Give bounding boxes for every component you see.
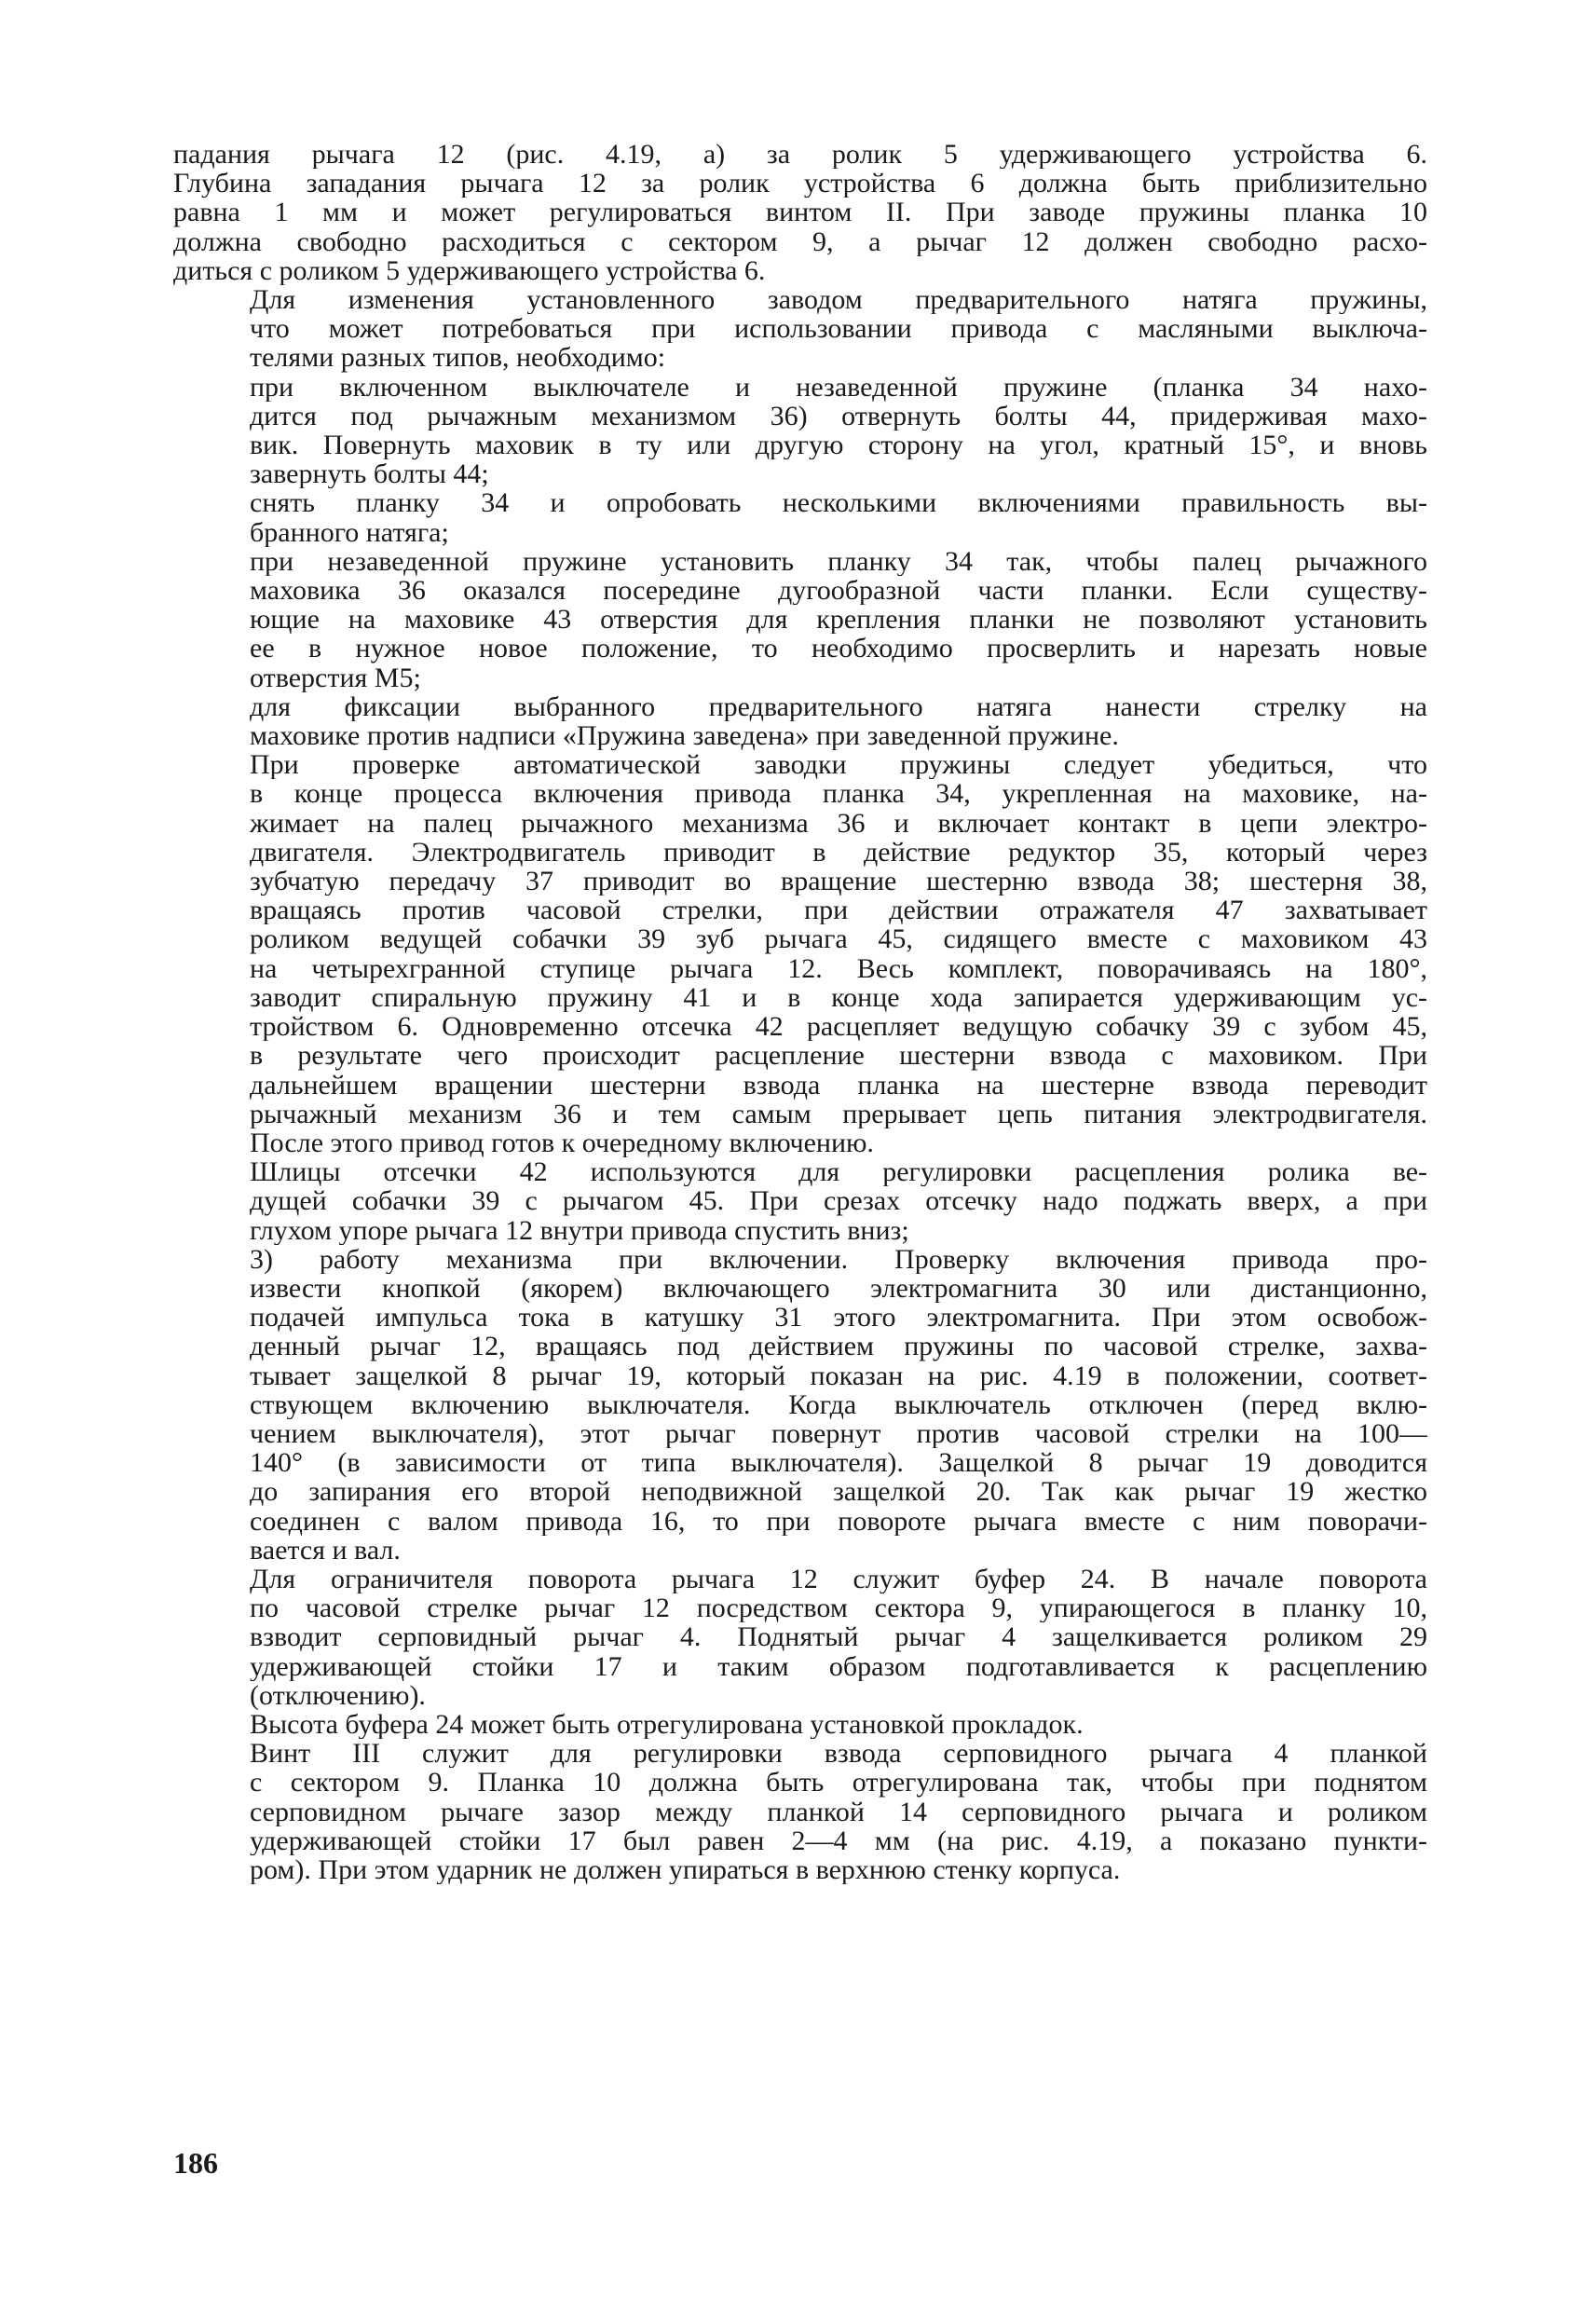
text-line: удерживающей стойки 17 был равен 2—4 мм … — [173, 1826, 1427, 1855]
text-line: до запирания его второй неподвижной заще… — [173, 1477, 1427, 1506]
paragraph: 3) работу механизма при включении. Прове… — [173, 1245, 1427, 1565]
page-number: 186 — [173, 2146, 218, 2181]
text-line: извести кнопкой (якорем) включающего эле… — [173, 1274, 1427, 1303]
text-line: роликом ведущей собачки 39 зуб рычага 45… — [173, 924, 1427, 953]
text-line: Для изменения установленного заводом пре… — [173, 285, 1427, 314]
text-line: денный рычаг 12, вращаясь под действием … — [173, 1332, 1427, 1361]
text-line: При проверке автоматической заводки пруж… — [173, 750, 1427, 779]
text-line: Винт III служит для регулировки взвода с… — [173, 1739, 1427, 1768]
text-line: тройством 6. Одновременно отсечка 42 рас… — [173, 1012, 1427, 1041]
paragraph: при включенном выключателе и незаведенно… — [173, 373, 1427, 489]
text-line: для фиксации выбранного предварительного… — [173, 692, 1427, 721]
text-line: ющие на маховике 43 отверстия для крепле… — [173, 605, 1427, 634]
text-line: тывает защелкой 8 рычаг 19, который пока… — [173, 1361, 1427, 1390]
text-line: удерживающей стойки 17 и таким образом п… — [173, 1652, 1427, 1681]
text-line: должна свободно расходиться с сектором 9… — [173, 227, 1427, 256]
paragraph: Винт III служит для регулировки взвода с… — [173, 1739, 1427, 1884]
text-line: взводит серповидный рычаг 4. Поднятый ры… — [173, 1622, 1427, 1651]
paragraph: при незаведенной пружине установить план… — [173, 547, 1427, 692]
text-line: дится под рычажным механизмом 36) отверн… — [173, 402, 1427, 431]
paragraph: Для ограничителя поворота рычага 12 служ… — [173, 1565, 1427, 1710]
text-line: при незаведенной пружине установить план… — [173, 547, 1427, 576]
paragraph: Высота буфера 24 может быть отрегулирова… — [173, 1710, 1427, 1739]
paragraph: Для изменения установленного заводом пре… — [173, 285, 1427, 373]
text-line: диться с роликом 5 удерживающего устройс… — [173, 256, 1427, 285]
text-line: ее в нужное новое положение, то необходи… — [173, 634, 1427, 663]
text-line: рычажный механизм 36 и тем самым прерыва… — [173, 1100, 1427, 1128]
text-line: соединен с валом привода 16, то при пово… — [173, 1507, 1427, 1536]
paragraph: падания рычага 12 (рис. 4.19, а) за роли… — [173, 140, 1427, 285]
text-line: в конце процесса включения привода планк… — [173, 779, 1427, 808]
text-line: Шлицы отсечки 42 используются для регули… — [173, 1157, 1427, 1186]
text-line: зубчатую передачу 37 приводит во вращени… — [173, 867, 1427, 896]
text-line: вается и вал. — [173, 1536, 1427, 1565]
text-line: серповидном рычаге зазор между планкой 1… — [173, 1798, 1427, 1826]
text-line: отверстия М5; — [173, 663, 1427, 692]
text-line: чением выключателя), этот рычаг повернут… — [173, 1419, 1427, 1448]
text-line: подачей импульса тока в катушку 31 этого… — [173, 1303, 1427, 1332]
text-line: глухом упоре рычага 12 внутри привода сп… — [173, 1216, 1427, 1245]
text-line: падания рычага 12 (рис. 4.19, а) за роли… — [173, 140, 1427, 169]
text-line: вик. Повернуть маховик в ту или другую с… — [173, 431, 1427, 459]
text-line: двигателя. Электродвигатель приводит в д… — [173, 838, 1427, 867]
paragraph: для фиксации выбранного предварительного… — [173, 692, 1427, 750]
text-line: что может потребоваться при использовани… — [173, 314, 1427, 343]
text-line: ром). При этом ударник не должен упирать… — [173, 1855, 1427, 1884]
paragraph: снять планку 34 и опробовать несколькими… — [173, 488, 1427, 546]
paragraph: Шлицы отсечки 42 используются для регули… — [173, 1157, 1427, 1245]
text-line: при включенном выключателе и незаведенно… — [173, 373, 1427, 402]
text-line: Глубина западания рычага 12 за ролик уст… — [173, 169, 1427, 198]
text-line: дущей собачки 39 с рычагом 45. При среза… — [173, 1186, 1427, 1215]
text-line: телями разных типов, необходимо: — [173, 343, 1427, 372]
text-line: После этого привод готов к очередному вк… — [173, 1128, 1427, 1157]
text-line: (отключению). — [173, 1681, 1427, 1710]
text-line: дальнейшем вращении шестерни взвода план… — [173, 1071, 1427, 1100]
text-line: Для ограничителя поворота рычага 12 служ… — [173, 1565, 1427, 1593]
text-line: вращаясь против часовой стрелки, при дей… — [173, 896, 1427, 924]
text-line: снять планку 34 и опробовать несколькими… — [173, 488, 1427, 517]
text-line: маховика 36 оказался посередине дугообра… — [173, 576, 1427, 605]
text-line: маховике против надписи «Пружина заведен… — [173, 721, 1427, 750]
text-line: Высота буфера 24 может быть отрегулирова… — [173, 1710, 1427, 1739]
text-line: ствующем включению выключателя. Когда вы… — [173, 1390, 1427, 1419]
text-line: с сектором 9. Планка 10 должна быть отре… — [173, 1768, 1427, 1797]
text-line: в результате чего происходит расцепление… — [173, 1041, 1427, 1070]
text-line: 3) работу механизма при включении. Прове… — [173, 1245, 1427, 1274]
text-line: завернуть болты 44; — [173, 459, 1427, 488]
text-line: бранного натяга; — [173, 518, 1427, 547]
text-line: жимает на палец рычажного механизма 36 и… — [173, 809, 1427, 838]
text-line: на четырехгранной ступице рычага 12. Вес… — [173, 954, 1427, 983]
text-line: заводит спиральную пружину 41 и в конце … — [173, 983, 1427, 1012]
text-line: равна 1 мм и может регулироваться винтом… — [173, 198, 1427, 226]
page-body: падания рычага 12 (рис. 4.19, а) за роли… — [173, 140, 1427, 1884]
text-line: 140° (в зависимости от типа выключателя)… — [173, 1448, 1427, 1477]
text-line: по часовой стрелке рычаг 12 посредством … — [173, 1593, 1427, 1622]
paragraph: При проверке автоматической заводки пруж… — [173, 750, 1427, 1157]
